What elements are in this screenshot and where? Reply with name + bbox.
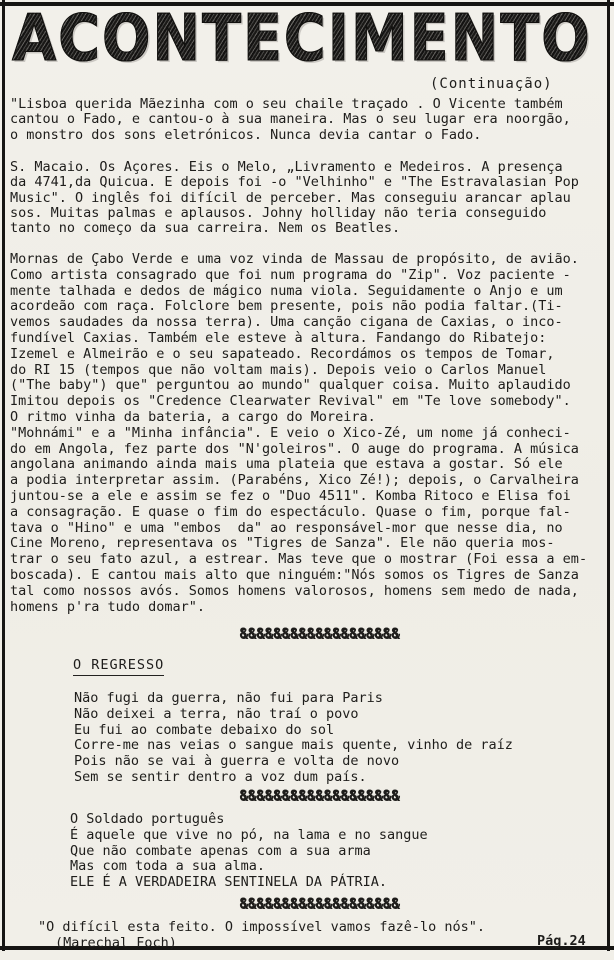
divider-overstrike-glyphs: &&&&&&&&&&&&&&&&&&& — [240, 897, 400, 913]
body-paragraph-acores: S. Macaio. Os Açores. Eis o Melo, „Livra… — [10, 160, 579, 236]
page-border-right — [607, 0, 610, 951]
closing-quote: "O difícil esta feito. O impossível vamo… — [38, 919, 485, 935]
document-page: ACONTECIMENTO (Continuação) "Lisboa quer… — [0, 0, 614, 960]
body-paragraph-lisboa: "Lisboa querida Mãezinha com o seu chail… — [10, 97, 571, 143]
page-title: ACONTECIMENTO — [12, 4, 604, 73]
body-paragraph-espectaculo: Mornas de Çabo Verde e uma voz vinda de … — [10, 252, 587, 615]
divider-overstrike-glyphs: &&&&&&&&&&&&&&&&&&& — [240, 627, 400, 643]
page-number: Pág.24 — [537, 933, 586, 949]
quote-attribution: (Marechal Foch) — [55, 935, 177, 951]
page-border-left — [2, 0, 5, 951]
section-heading-regresso: O REGRESSO — [73, 657, 164, 676]
poem-soldado-portugues: O Soldado português É aquele que vive no… — [70, 812, 428, 891]
poem-regresso: Não fugi da guerra, não fui para Paris N… — [74, 691, 513, 786]
divider-overstrike-glyphs: &&&&&&&&&&&&&&&&&&& — [240, 789, 400, 805]
continuation-label: (Continuação) — [430, 76, 553, 92]
